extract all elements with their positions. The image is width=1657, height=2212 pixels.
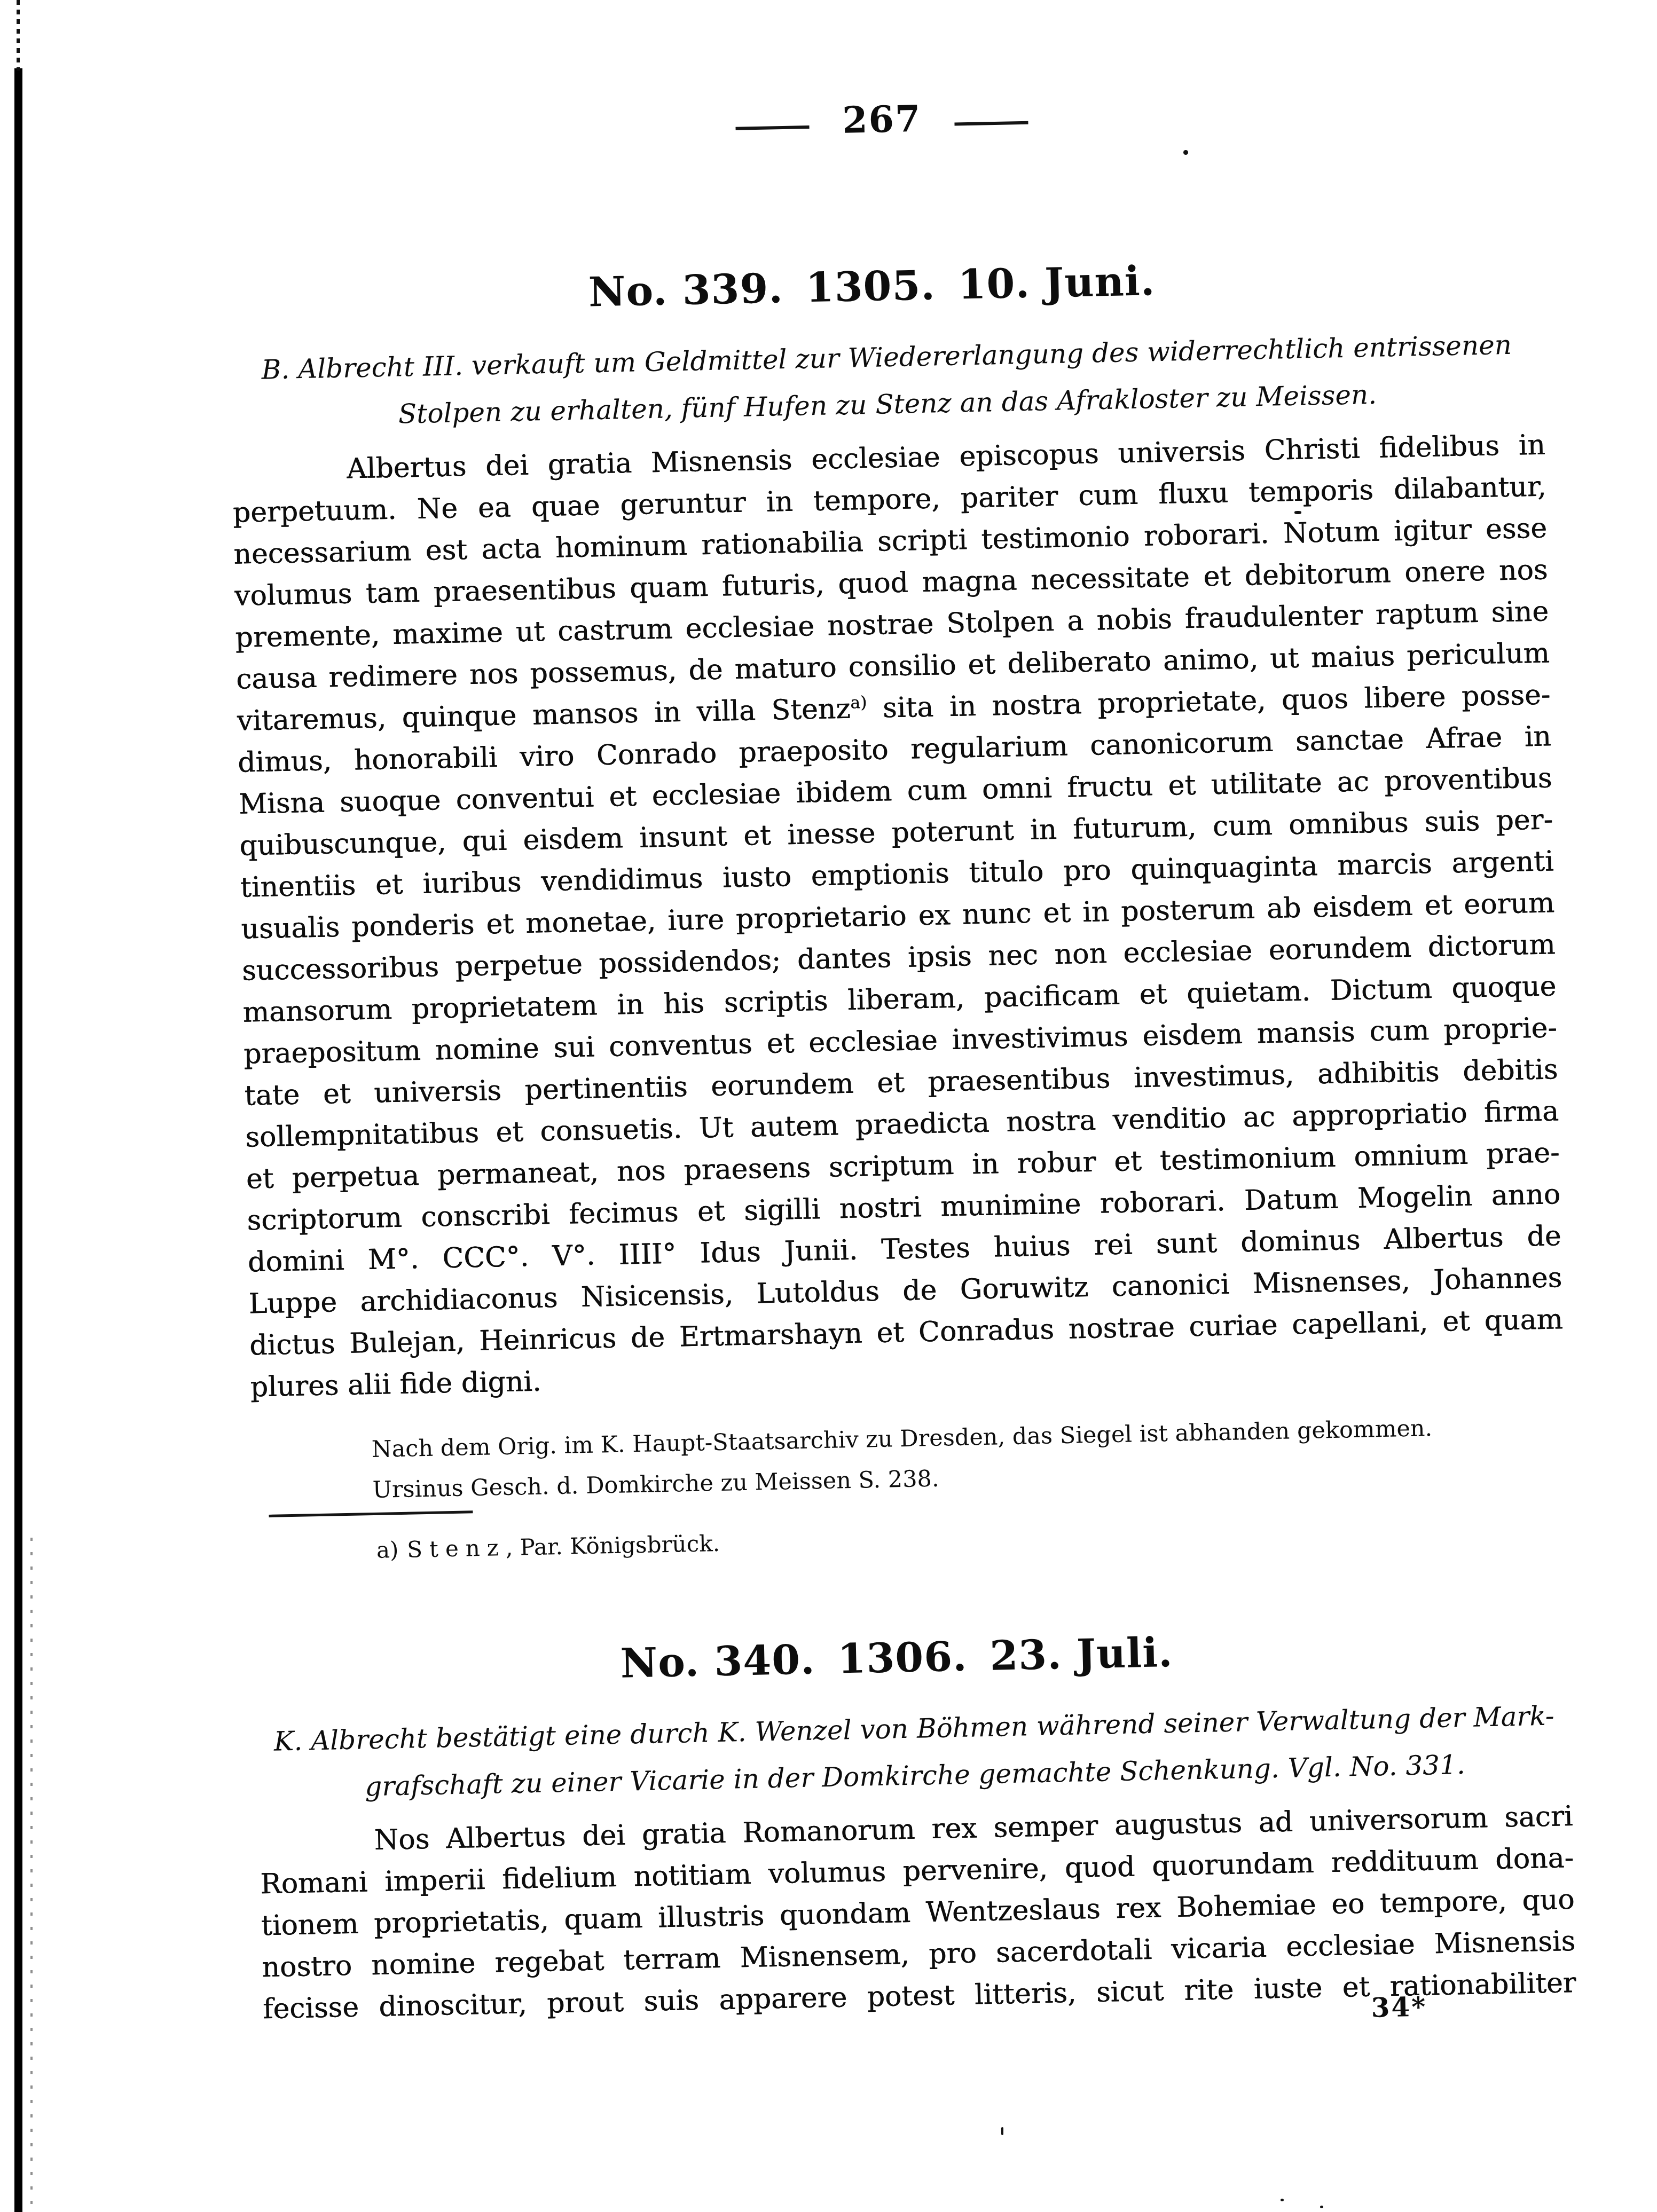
page-content: 267 No. 339.1305.10. Juni. B. Albrecht I… [223,0,1577,2045]
footnote-ref-sup: a) [850,693,867,713]
scan-edge-bar-top [17,0,20,70]
footnote-term: Stenz [407,1534,506,1563]
header-dash-right [954,121,1028,126]
charter-339-date: 10. Juni. [957,257,1156,308]
charter-340-summary: K. Albrecht bestätigt eine durch K. Wenz… [257,1692,1572,1812]
charter-339-body: Albertus dei gratia Misnensis ecclesiae … [231,424,1564,1408]
scan-speck [1281,2199,1284,2201]
charter-340-heading: No. 340.1306.23. Juli. [240,1622,1554,1694]
charter-339-notes: Nach dem Orig. im K. Haupt-Staatsarchiv … [371,1405,1566,1510]
charter-339-year: 1305. [805,261,936,311]
footnote-separator [269,1510,473,1517]
charter-339-heading: No. 339.1305.10. Juni. [215,250,1529,322]
charter-339-number: No. 339. [588,264,784,316]
scan-speck [1320,2206,1323,2208]
charter-340-number: No. 340. [620,1635,816,1687]
page-number: 267 [842,101,922,139]
line-text: vitaremus, quinque mansos in villa Stenz [237,693,851,737]
charter-339-summary: B. Albrecht III. verkauft um Geldmittel … [230,321,1545,441]
charter-340-date: 23. Juli. [990,1628,1174,1680]
scan-edge-bar [14,68,22,2212]
charter-340-year: 1306. [837,1633,968,1683]
header-dash-left [736,125,810,130]
page-header: 267 [225,89,1539,151]
footnote-text: , Par. Königsbrück. [505,1530,720,1561]
scan-dotted-line [30,1538,33,2210]
footnote: a)Stenz, Par. Königsbrück. [376,1510,1567,1566]
footnote-marker: a) [376,1537,398,1563]
scan-speck [1001,2127,1003,2135]
